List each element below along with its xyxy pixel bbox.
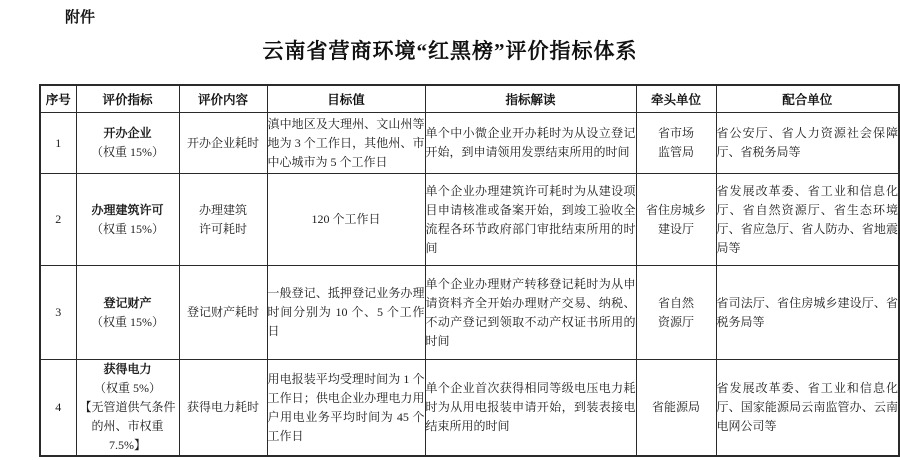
cell-coop-unit: 省发展改革委、省工业和信息化厅、国家能源局云南监管办、云南电网公司等 bbox=[716, 360, 899, 457]
lead-unit-line: 省市场 bbox=[637, 124, 716, 143]
cell-serial: 2 bbox=[40, 174, 76, 266]
evaluation-index-table: 序号 评价指标 评价内容 目标值 指标解读 牵头单位 配合单位 1 开办企业 （… bbox=[39, 84, 900, 457]
indicator-weight: （权重 15%） bbox=[77, 143, 179, 162]
cell-coop-unit: 省发展改革委、省工业和信息化厅、省自然资源厅、省生态环境厅、省应急厅、省人防办、… bbox=[716, 174, 899, 266]
attachment-label: 附件 bbox=[65, 6, 95, 27]
indicator-name: 获得电力 bbox=[77, 360, 179, 379]
cell-interpretation: 单个企业办理财产转移登记耗时为从申请资料齐全开始办理财产交易、纳税、不动产登记到… bbox=[425, 266, 636, 360]
indicator-name: 办理建筑许可 bbox=[77, 201, 179, 220]
content-line: 开办企业耗时 bbox=[180, 134, 267, 153]
cell-serial: 3 bbox=[40, 266, 76, 360]
cell-serial: 1 bbox=[40, 113, 76, 174]
header-indicator: 评价指标 bbox=[76, 85, 179, 113]
cell-coop-unit: 省公安厅、省人力资源社会保障厅、省税务局等 bbox=[716, 113, 899, 174]
cell-lead-unit: 省市场 监管局 bbox=[636, 113, 716, 174]
indicator-weight: （权重 15%） bbox=[77, 313, 179, 332]
lead-unit-line: 建设厅 bbox=[637, 220, 716, 239]
cell-interpretation: 单个企业办理建筑许可耗时为从建设项目申请核准或备案开始，到竣工验收全流程各环节政… bbox=[425, 174, 636, 266]
content-line: 登记财产耗时 bbox=[180, 303, 267, 322]
header-serial: 序号 bbox=[40, 85, 76, 113]
indicator-name: 登记财产 bbox=[77, 294, 179, 313]
lead-unit-line: 监管局 bbox=[637, 143, 716, 162]
header-lead-unit: 牵头单位 bbox=[636, 85, 716, 113]
page-title: 云南省营商环境“红黑榜”评价指标体系 bbox=[0, 35, 900, 65]
cell-lead-unit: 省自然 资源厅 bbox=[636, 266, 716, 360]
cell-content: 办理建筑 许可耗时 bbox=[179, 174, 267, 266]
indicator-note: 【无管道供气条件的州、市权重 7.5%】 bbox=[77, 398, 179, 455]
header-target: 目标值 bbox=[267, 85, 425, 113]
cell-indicator: 办理建筑许可 （权重 15%） bbox=[76, 174, 179, 266]
lead-unit-line: 省自然 bbox=[637, 294, 716, 313]
cell-lead-unit: 省能源局 bbox=[636, 360, 716, 457]
cell-serial: 4 bbox=[40, 360, 76, 457]
table-row: 4 获得电力 （权重 5%） 【无管道供气条件的州、市权重 7.5%】 获得电力… bbox=[40, 360, 899, 457]
content-line: 办理建筑 bbox=[180, 201, 267, 220]
cell-target: 滇中地区及大理州、文山州等地为 3 个工作日，其他州、市中心城市为 5 个工作日 bbox=[267, 113, 425, 174]
cell-lead-unit: 省住房城乡 建设厅 bbox=[636, 174, 716, 266]
table-row: 3 登记财产 （权重 15%） 登记财产耗时 一般登记、抵押登记业务办理时间分别… bbox=[40, 266, 899, 360]
lead-unit-line: 省住房城乡 bbox=[637, 201, 716, 220]
table-row: 1 开办企业 （权重 15%） 开办企业耗时 滇中地区及大理州、文山州等地为 3… bbox=[40, 113, 899, 174]
indicator-name: 开办企业 bbox=[77, 124, 179, 143]
header-content: 评价内容 bbox=[179, 85, 267, 113]
table-row: 2 办理建筑许可 （权重 15%） 办理建筑 许可耗时 120 个工作日 单个企… bbox=[40, 174, 899, 266]
lead-unit-line: 资源厅 bbox=[637, 313, 716, 332]
cell-interpretation: 单个中小微企业开办耗时为从设立登记开始，到申请领用发票结束所用的时间 bbox=[425, 113, 636, 174]
cell-target: 一般登记、抵押登记业务办理时间分别为 10 个、5 个工作日 bbox=[267, 266, 425, 360]
table-header-row: 序号 评价指标 评价内容 目标值 指标解读 牵头单位 配合单位 bbox=[40, 85, 899, 113]
content-line: 获得电力耗时 bbox=[180, 398, 267, 417]
cell-interpretation: 单个企业首次获得相同等级电压电力耗时为从用电报装申请开始，到装表接电结束所用的时… bbox=[425, 360, 636, 457]
lead-unit-line: 省能源局 bbox=[637, 398, 716, 417]
cell-coop-unit: 省司法厅、省住房城乡建设厅、省税务局等 bbox=[716, 266, 899, 360]
cell-indicator: 开办企业 （权重 15%） bbox=[76, 113, 179, 174]
cell-content: 登记财产耗时 bbox=[179, 266, 267, 360]
header-interpretation: 指标解读 bbox=[425, 85, 636, 113]
indicator-weight: （权重 15%） bbox=[77, 220, 179, 239]
content-line: 许可耗时 bbox=[180, 220, 267, 239]
indicator-weight: （权重 5%） bbox=[77, 379, 179, 398]
cell-indicator: 获得电力 （权重 5%） 【无管道供气条件的州、市权重 7.5%】 bbox=[76, 360, 179, 457]
cell-target: 用电报装平均受理时间为 1 个工作日；供电企业办理电力用户用电业务平均时间为 4… bbox=[267, 360, 425, 457]
header-coop-unit: 配合单位 bbox=[716, 85, 899, 113]
cell-content: 获得电力耗时 bbox=[179, 360, 267, 457]
cell-target: 120 个工作日 bbox=[267, 174, 425, 266]
cell-indicator: 登记财产 （权重 15%） bbox=[76, 266, 179, 360]
cell-content: 开办企业耗时 bbox=[179, 113, 267, 174]
